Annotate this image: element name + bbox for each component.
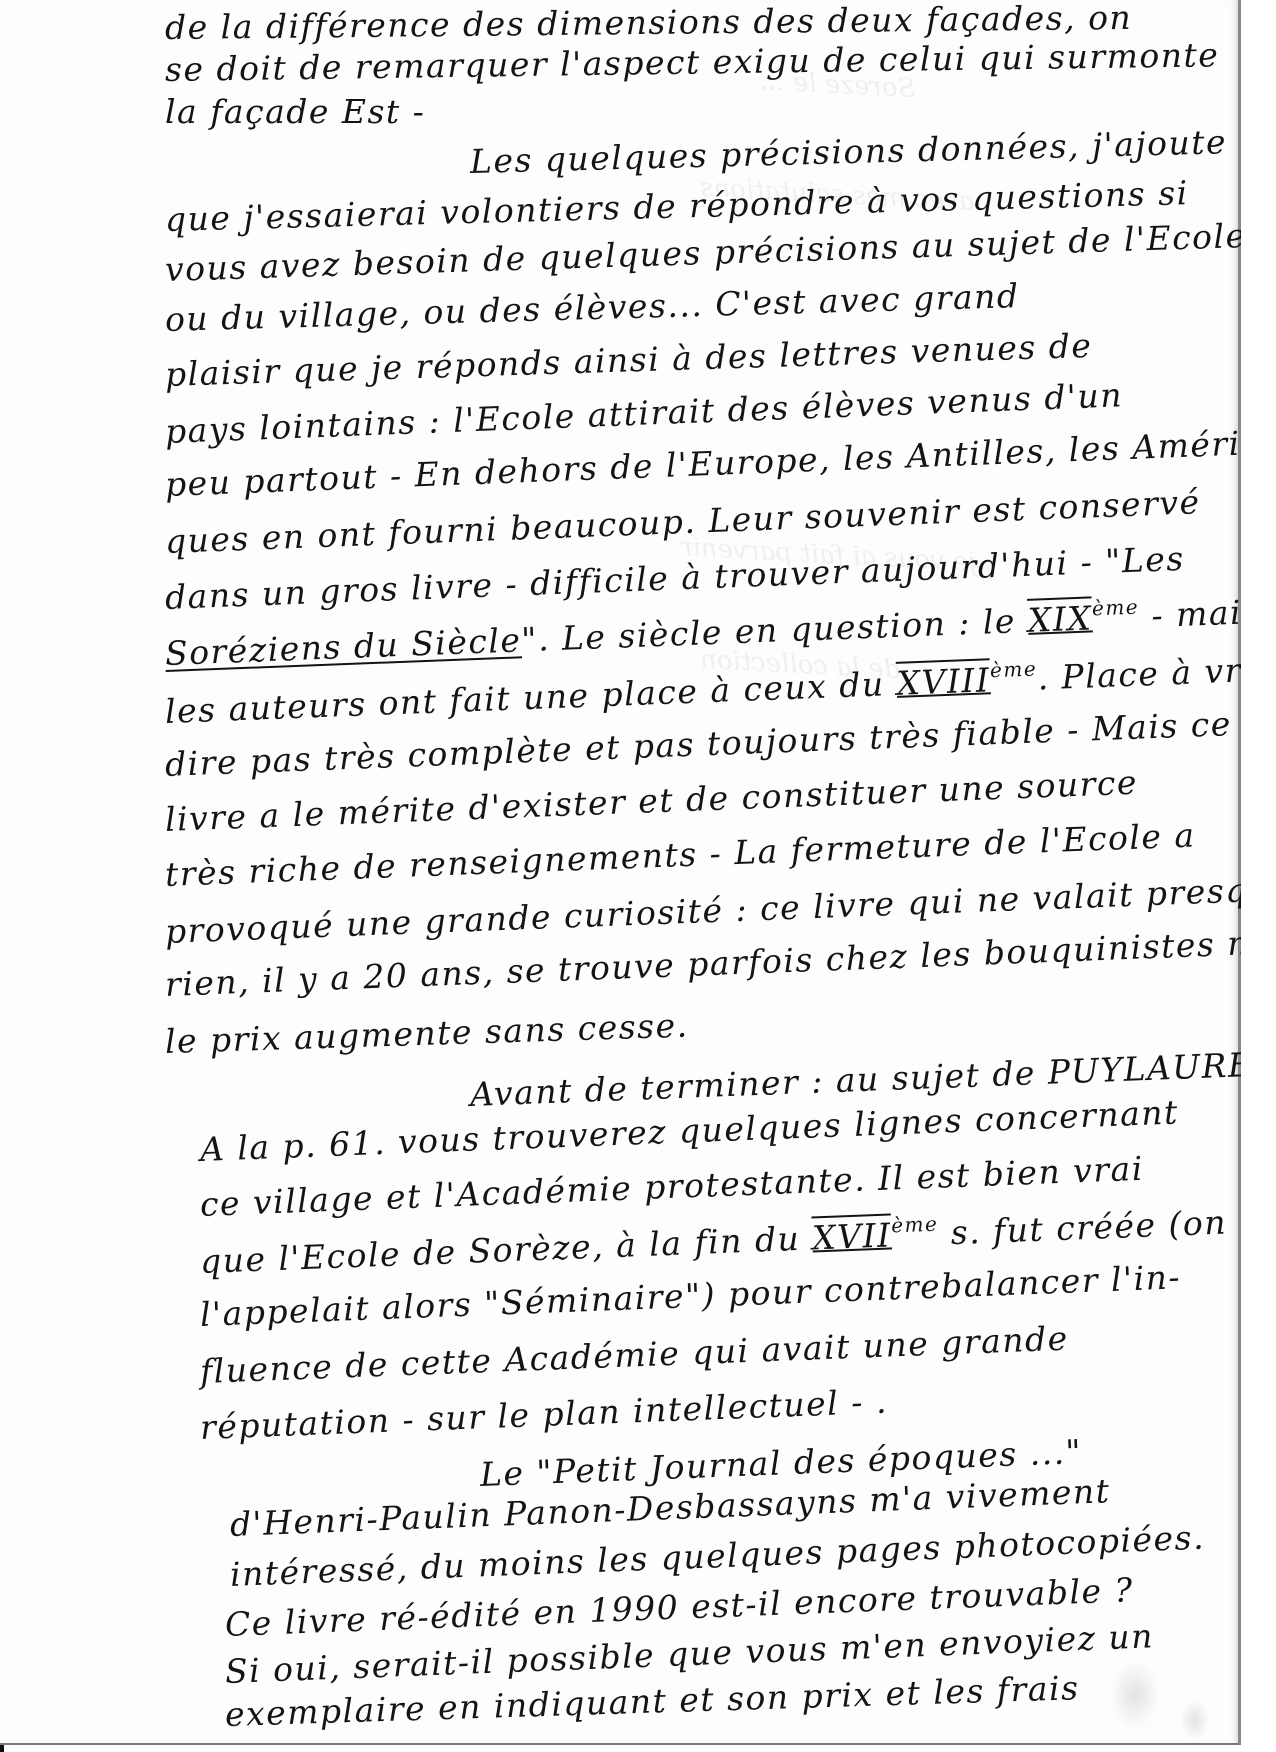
- text-line-3: la façade Est -: [165, 92, 425, 131]
- book-title-underlined: Soréziens du Siècle: [164, 620, 522, 673]
- text-line-26: fluence de cette Académie qui avait une …: [199, 1319, 1069, 1391]
- scan-corner-mark: [0, 1745, 4, 1752]
- text-line-7: ou du village, ou des élèves... C'est av…: [164, 276, 1020, 339]
- text-line-27: réputation - sur le plan intellectuel - …: [199, 1382, 888, 1447]
- text-fragment: que l'Ecole de Sorèze, à la fin du: [199, 1218, 813, 1280]
- text-line-20: le prix augmente sans cesse.: [164, 1006, 689, 1061]
- roman-numeral-19: XIX: [1027, 598, 1093, 639]
- roman-numeral-17: XVII: [811, 1215, 892, 1257]
- text-line-4: Les quelques précisions données, j'ajout…: [469, 122, 1227, 181]
- paper-stain: [1110, 1660, 1160, 1730]
- scan-margin: [1241, 0, 1276, 1752]
- text-fragment: . Place à vrai: [1037, 649, 1276, 697]
- superscript-eme: ème: [990, 656, 1038, 682]
- letter-page: Soreze le ... avec mes salutations je vo…: [0, 0, 1241, 1745]
- scan-bottom-edge: [0, 1745, 1276, 1752]
- text-fragment: s. fut créée (on: [938, 1203, 1228, 1253]
- roman-numeral-18: XVIII: [896, 660, 991, 703]
- superscript-eme: ème: [1092, 595, 1140, 621]
- paper-stain: [1180, 1700, 1210, 1740]
- superscript-eme: ème: [891, 1212, 939, 1238]
